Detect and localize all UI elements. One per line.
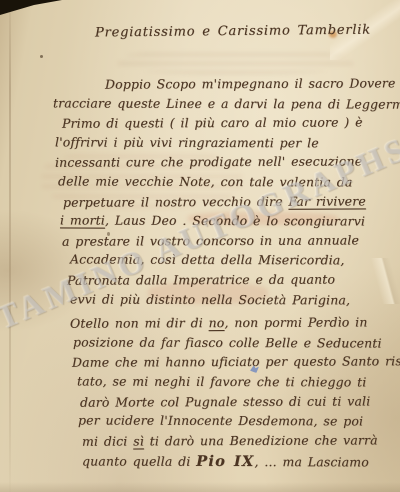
letter-line: tato, se mi neghi il favore che ti chieg…: [77, 371, 400, 392]
letter-line: tracciare queste Linee e a darvi la pena…: [53, 93, 400, 114]
letter-paper: Pregiatissimo e Carissimo Tamberlik Dopp…: [0, 0, 400, 492]
letter-line: Primo di questi ( il più caro al mio cuo…: [62, 112, 400, 133]
letter-line: i morti, Laus Deo . Secondo è lo scongiu…: [60, 211, 400, 232]
letter-line: Patronata dalla Imperatrice e da quanto: [67, 269, 400, 290]
letter-line: a prestare il vostro concorso in una ann…: [62, 230, 400, 251]
letter-line: posizione da far fiasco colle Belle e Se…: [73, 332, 400, 353]
letter-line: per ucidere l'Innocente Desdemona, se po…: [78, 411, 400, 432]
letter-line: darò Morte col Pugnale stesso di cui ti …: [80, 391, 400, 412]
letter-line: Accademia, così detta della Misericordia…: [70, 250, 400, 271]
letter-line: evvi di più distinto nella Società Parig…: [70, 289, 400, 310]
letter-line: mi dici sì ti darò una Benedizione che v…: [82, 430, 400, 451]
ink-spot: [40, 55, 43, 58]
letter-line: Otello non mi dir di no, non pormi Perdì…: [70, 312, 400, 333]
letter-line: Doppio Scopo m'impegnano il sacro Dovere…: [105, 73, 400, 94]
letter-line: perpetuare il nostro vecchio dire Far ri…: [63, 191, 400, 212]
letter-line: incessanti cure che prodigate nell' esec…: [55, 152, 400, 173]
letter-body: Doppio Scopo m'impegnano il sacro Dovere…: [0, 74, 400, 472]
letter-line: delle mie vecchie Note, con tale valenti…: [58, 171, 400, 192]
letter-line: quanto quella di Pio IX, ... ma Lasciamo: [82, 452, 400, 473]
letter-line: l'offrirvi i più vivi ringraziamenti per…: [55, 132, 400, 153]
letter-photo: Pregiatissimo e Carissimo Tamberlik Dopp…: [0, 0, 400, 492]
ink-showthrough-top: [118, 50, 353, 74]
letter-line: Dame che mi hanno uficiato per questo Sa…: [72, 352, 400, 373]
salutation-line: Pregiatissimo e Carissimo Tamberlik: [95, 23, 371, 41]
